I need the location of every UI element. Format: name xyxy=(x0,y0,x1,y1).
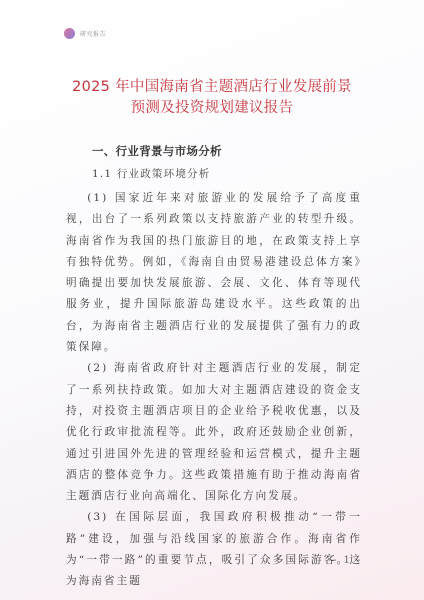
section-heading: 一、行业背景与市场分析 xyxy=(92,143,222,159)
paragraph-1: (1) 国家近年来对旅游业的发展给予了高度重视，出台了一系列政策以支持旅游产业的… xyxy=(66,188,362,358)
badge-circle-icon xyxy=(64,28,75,39)
subsection-heading: 1.1 行业政策环境分析 xyxy=(92,166,210,181)
badge-label: 研究报告 xyxy=(80,29,106,38)
title-line-1: 2025 年中国海南省主题酒店行业发展前景 xyxy=(40,77,384,98)
document-title: 2025 年中国海南省主题酒店行业发展前景 预测及投资规划建议报告 xyxy=(40,77,384,119)
paragraph-3: (3) 在国际层面，我国政府积极推动“一带一路”建设，加强与沿线国家的旅游合作。… xyxy=(66,507,362,592)
body-text: (1) 国家近年来对旅游业的发展给予了高度重视，出台了一系列政策以支持旅游产业的… xyxy=(66,188,362,593)
paragraph-2: (2) 海南省政府针对主题酒店行业的发展，制定了一系列扶持政策。如加大对主题酒店… xyxy=(66,358,362,507)
document-page: 研究报告 2025 年中国海南省主题酒店行业发展前景 预测及投资规划建议报告 一… xyxy=(0,0,424,600)
report-badge: 研究报告 xyxy=(64,28,106,39)
page-number: - 1 - xyxy=(333,555,362,566)
title-line-2: 预测及投资规划建议报告 xyxy=(40,98,384,119)
